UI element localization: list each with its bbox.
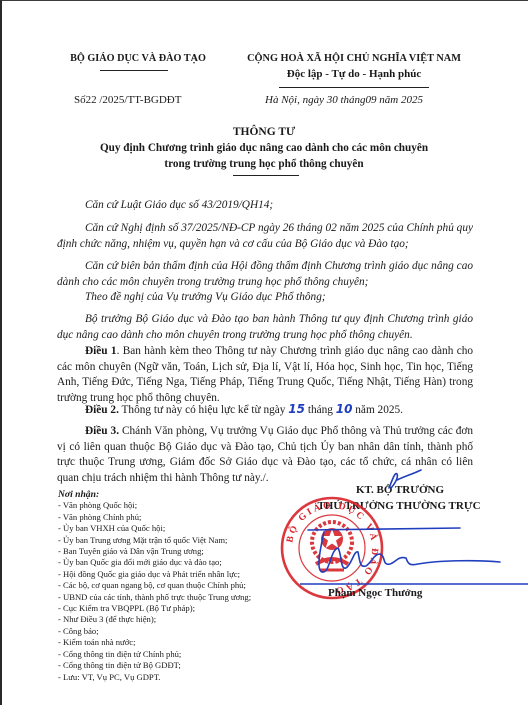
preamble-4: Theo đề nghị của Vụ trưởng Vụ Giáo dục P… [57,290,473,306]
national-motto: Độc lập - Tự do - Hạnh phúc [238,68,470,80]
recipient-item: - Công báo; [58,626,251,637]
article-1: Điều 1. Ban hành kèm theo Thông tư này C… [57,344,473,406]
document-type: THÔNG TƯ [0,126,528,138]
recipients-heading: Nơi nhận: [58,489,251,500]
preamble-2: Căn cứ Nghị định số 37/2025/NĐ-CP ngày 2… [57,221,473,252]
recipient-item: - UBND của các tỉnh, thành phố trực thuộ… [58,592,251,603]
recipient-item: - Hội đồng Quốc gia giáo dục và Phát tri… [58,569,251,580]
recipient-item: - Kiểm toán nhà nước; [58,637,251,648]
recipient-item: - Cục Kiểm tra VBQPPL (Bộ Tư pháp); [58,603,251,614]
signer-title-2: THỨ TRƯỞNG THƯỜNG TRỰC [284,500,514,512]
recipient-item: - Văn phòng Quốc hội; [58,500,251,511]
place-date: Hà Nội, ngày 30 tháng09 năm 2025 [265,94,423,106]
recipients-list: Nơi nhận: - Văn phòng Quốc hội;- Văn phò… [58,489,251,683]
recipient-item: - Ủy ban Quốc gia đổi mới giáo dục và đà… [58,557,251,568]
recipient-item: - Ủy ban Trung ương Mặt trận tổ quốc Việ… [58,535,251,546]
subject-underline [233,175,299,176]
article-2-label: Điều 2. [85,404,119,416]
country-name: CỘNG HOÀ XÃ HỘI CHỦ NGHĨA VIỆT NAM [238,53,470,64]
recipient-item: - Lưu: VT, Vụ PC, Vụ GDPT. [58,672,251,683]
recipient-item: - Ban Tuyên giáo và Dân vận Trung ương; [58,546,251,557]
document-subject-line1: Quy định Chương trình giáo dục nâng cao … [0,142,528,154]
article-2: Điều 2. Thông tư này có hiệu lực kể từ n… [57,402,473,419]
recipient-item: - Cổng thông tin điện tử Bộ GDĐT; [58,660,251,671]
recipient-item: - Các bộ, cơ quan ngang bộ, cơ quan thuộ… [58,580,251,591]
ministry-name: BỘ GIÁO DỤC VÀ ĐÀO TẠO [64,53,212,64]
recipient-item: - Ủy ban VHXH của Quốc hội; [58,523,251,534]
article-1-label: Điều 1 [85,345,117,357]
article-3-label: Điều 3. [85,425,119,437]
handwritten-day: 15 [288,402,305,416]
preamble-5: Bộ trưởng Bộ Giáo dục và Đào tạo ban hàn… [57,312,473,343]
ministry-underline [100,70,168,71]
recipient-item: - Như Điều 3 (để thực hiện); [58,614,251,625]
signer-name: Phạm Ngọc Thưởng [328,587,422,599]
preamble-1: Căn cứ Luật Giáo dục số 43/2019/QH14; [57,198,473,214]
motto-underline [279,87,429,88]
preamble-3: Căn cứ biên bản thẩm định của Hội đồng t… [57,259,473,290]
recipient-item: - Cổng thông tin điện tử Chính phủ; [58,649,251,660]
document-number: Số22 /2025/TT-BGDĐT [74,94,181,106]
handwritten-check-icon [387,468,423,490]
recipient-item: - Văn phòng Chính phủ; [58,512,251,523]
handwritten-month: 10 [336,402,353,416]
document-subject-line2: trong trường trung học phổ thông chuyên [0,158,528,170]
